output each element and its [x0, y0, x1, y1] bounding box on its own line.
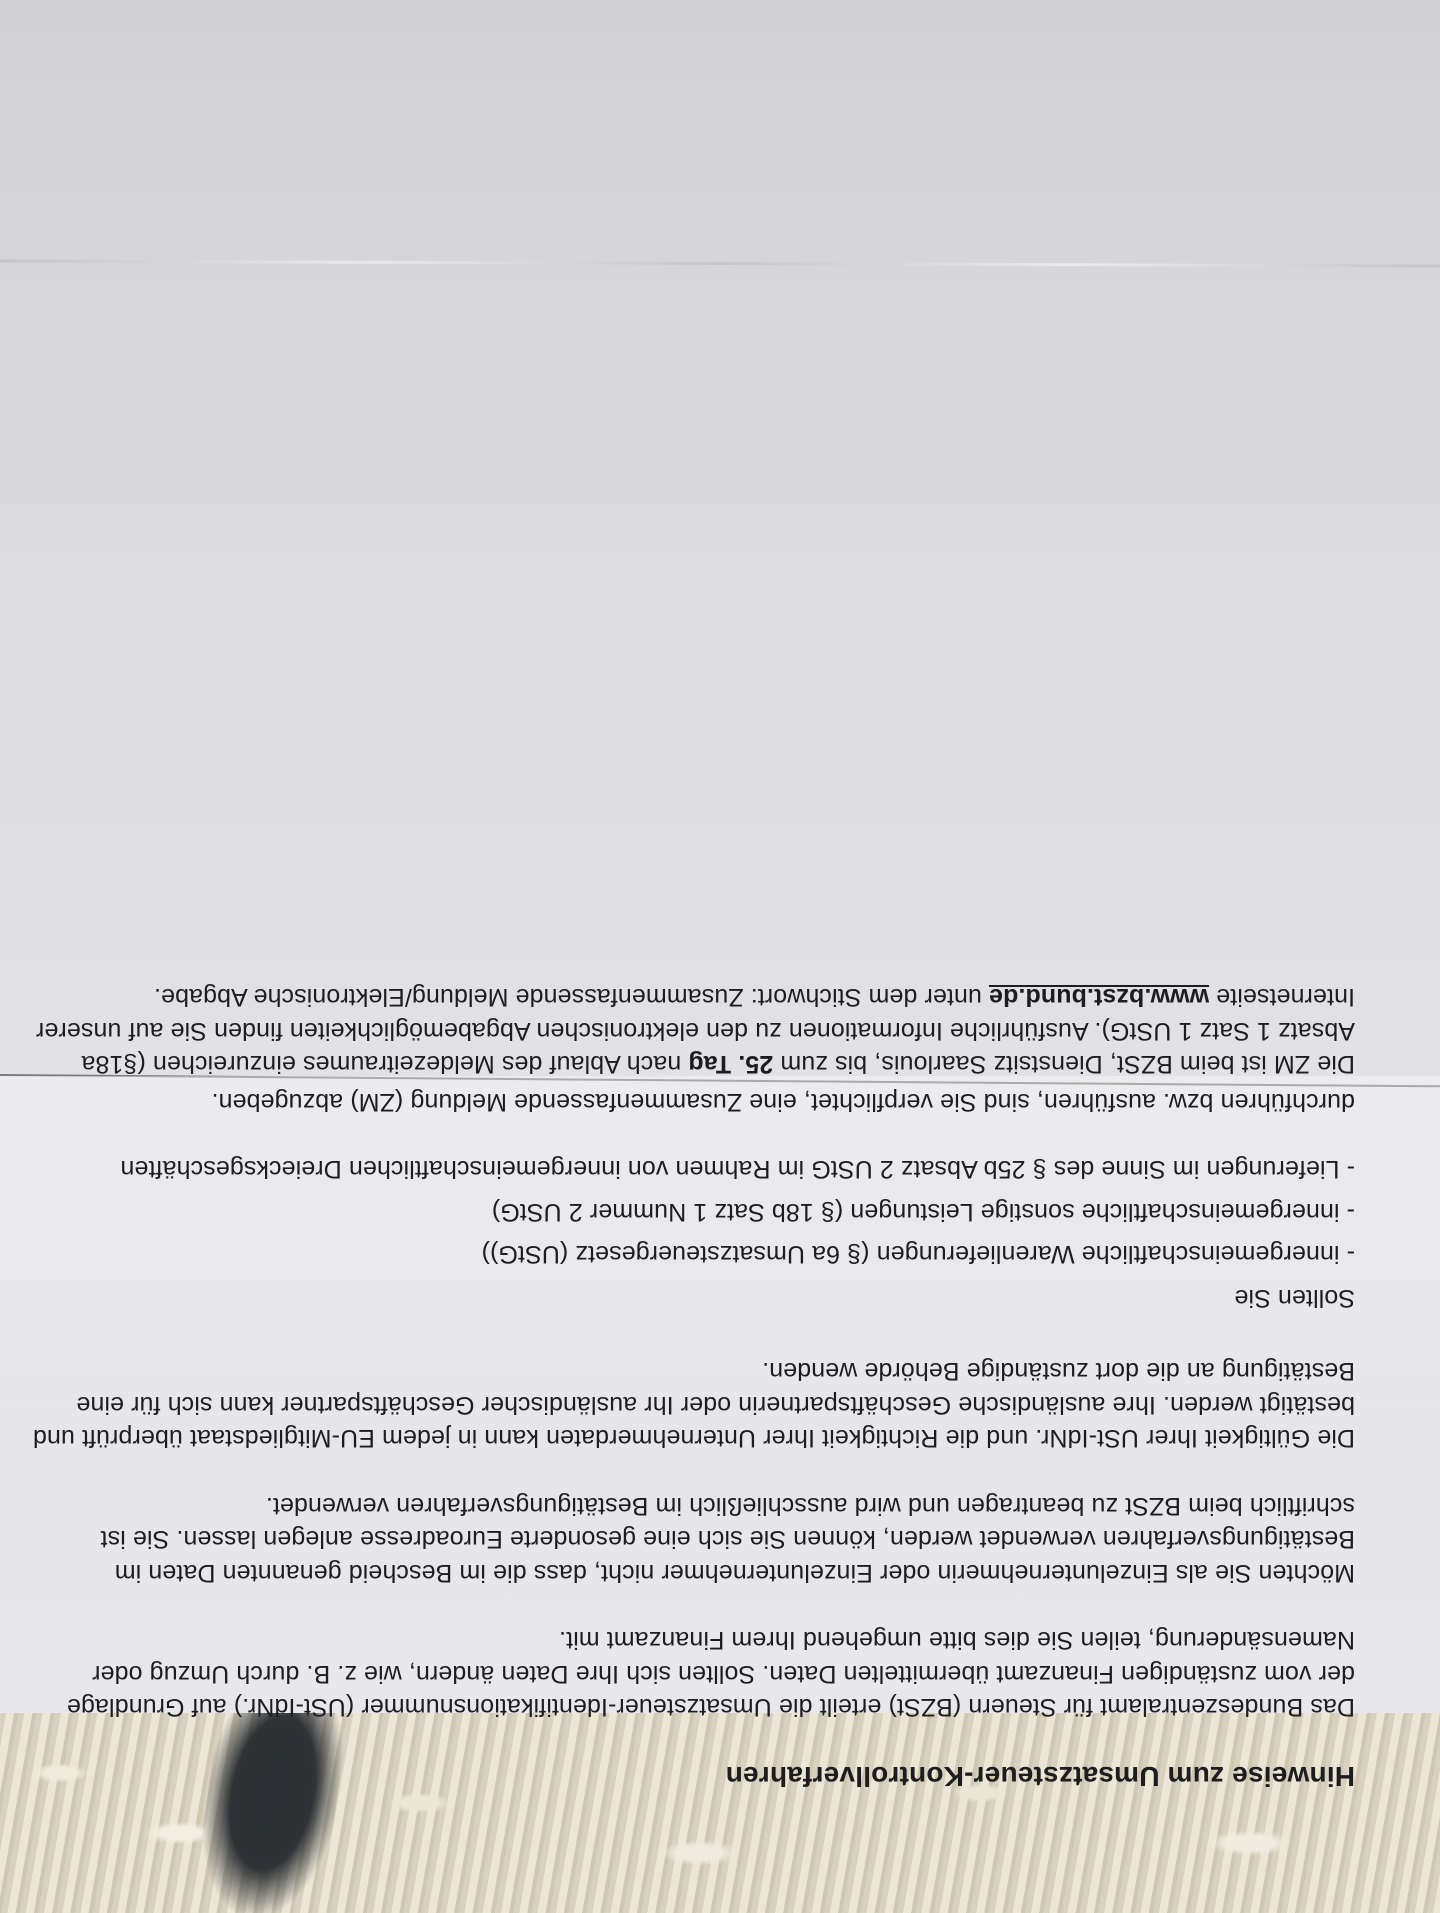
- list-item: - innergemeinschaftliche sonstige Leistu…: [25, 1195, 1355, 1229]
- bzst-website-link[interactable]: www.bzst.bund.de: [989, 984, 1209, 1012]
- paragraph-zm-abgabe: Die ZM ist beim BZSt, Dienstsitz Saarlou…: [25, 980, 1355, 1081]
- paragraph-zm-pflicht: durchführen bzw. ausführen, sind Sie ver…: [25, 1085, 1355, 1119]
- zm-text-part3: unter dem Stichwort: Zusammenfassende Me…: [154, 984, 989, 1012]
- document-rotated: Hinweise zum Umsatzsteuer-Kontrollverfah…: [0, 0, 1440, 1913]
- list-transactions: - innergemeinschaftliche Warenlieferunge…: [25, 1152, 1355, 1271]
- deadline-bold: 25. Tag: [688, 1051, 773, 1079]
- paragraph-sollten-sie: Sollten Sie: [25, 1281, 1355, 1315]
- paragraph-gueltigkeit: Die Gültigkeit Ihrer USt-IdNr. und die R…: [25, 1354, 1355, 1455]
- list-item: - innergemeinschaftliche Warenlieferunge…: [25, 1237, 1355, 1271]
- zm-text-part1: Die ZM ist beim BZSt, Dienstsitz Saarlou…: [773, 1051, 1355, 1079]
- document-body: Hinweise zum Umsatzsteuer-Kontrollverfah…: [25, 946, 1355, 1793]
- paragraph-euroadresse: Möchten Sie als Einzelunternehmerin oder…: [25, 1489, 1355, 1590]
- list-item: - Lieferungen im Sinne des § 25b Absatz …: [25, 1152, 1355, 1186]
- paragraph-ust-idnr: Das Bundeszentralamt für Steuern (BZSt) …: [25, 1623, 1355, 1724]
- document-title: Hinweise zum Umsatzsteuer-Kontrollverfah…: [25, 1760, 1355, 1794]
